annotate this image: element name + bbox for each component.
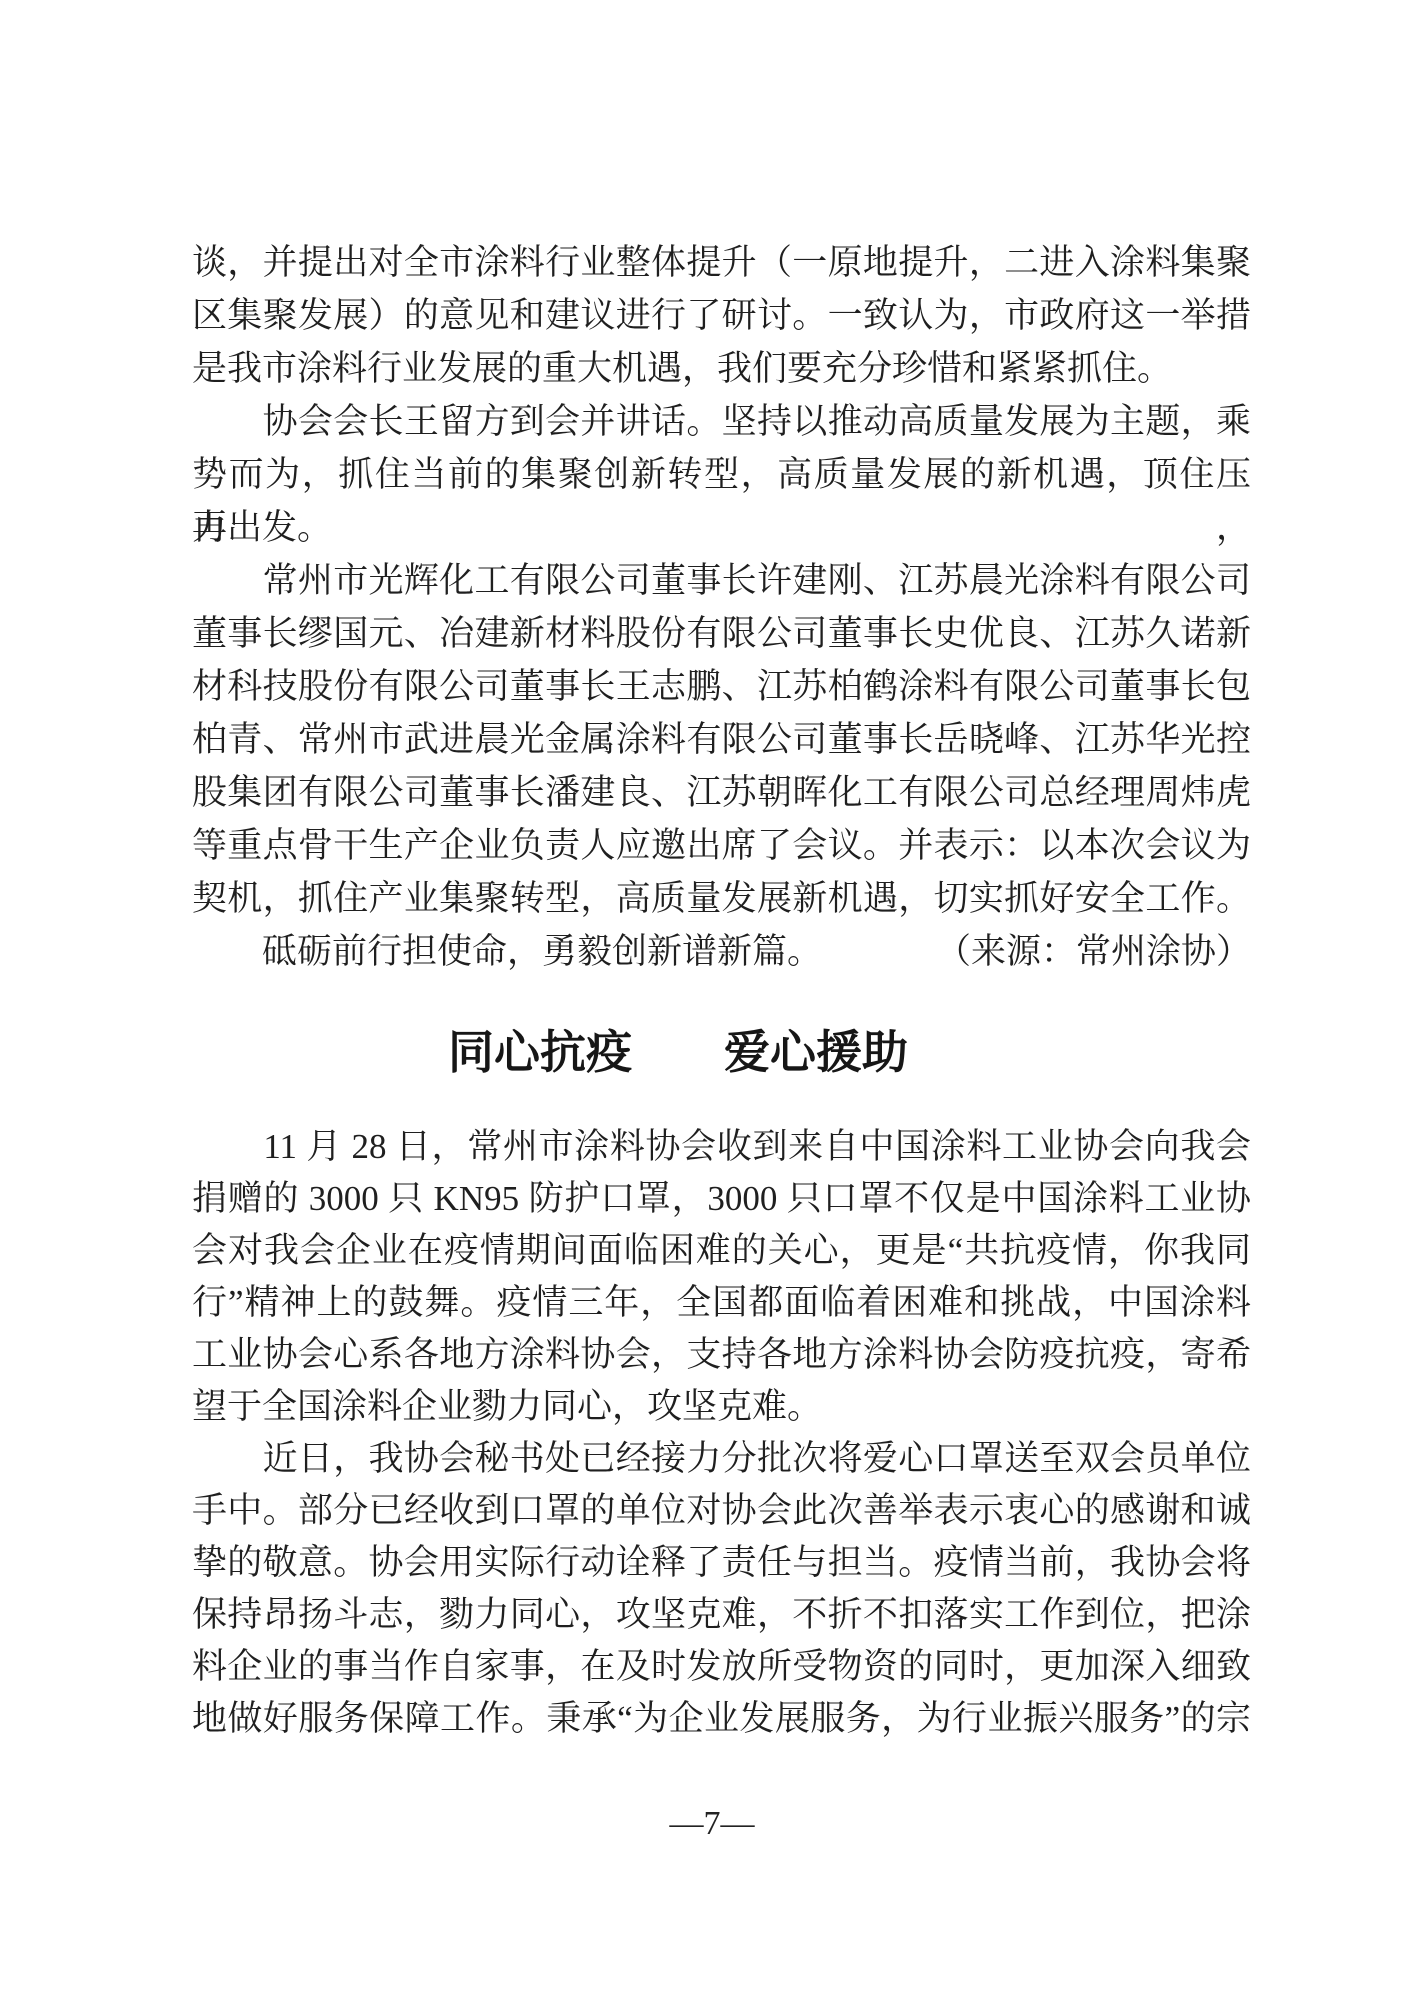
closing-text: 砥砺前行担使命，勇毅创新谱新篇。 xyxy=(192,925,822,978)
text-line: 行”精神上的鼓舞。疫情三年，全国都面临着困难和挑战，中国涂料 xyxy=(192,1277,1251,1329)
text-line: 等重点骨干生产企业负责人应邀出席了会议。并表示：以本次会议为 xyxy=(192,819,1251,872)
text-line: 手中。部分已经收到口罩的单位对协会此次善举表示衷心的感谢和诚 xyxy=(192,1485,1251,1537)
meeting-report-paragraphs: 谈，并提出对全市涂料行业整体提升（一原地提升，二进入涂料集聚区集聚发展）的意见和… xyxy=(192,236,1251,925)
text-line: 董事长缪国元、冶建新材料股份有限公司董事长史优良、江苏久诺新 xyxy=(192,607,1251,660)
document-page: 谈，并提出对全市涂料行业整体提升（一原地提升，二进入涂料集聚区集聚发展）的意见和… xyxy=(0,0,1415,2000)
text-line: 柏青、常州市武进晨光金属涂料有限公司董事长岳晓峰、江苏华光控 xyxy=(192,713,1251,766)
source-attribution: （来源：常州涂协） xyxy=(936,925,1251,978)
article-meeting-report: 谈，并提出对全市涂料行业整体提升（一原地提升，二进入涂料集聚区集聚发展）的意见和… xyxy=(192,236,1251,978)
text-line: 捐赠的 3000 只 KN95 防护口罩，3000 只口罩不仅是中国涂料工业协 xyxy=(192,1173,1251,1225)
text-line: 望于全国涂料企业勠力同心，攻坚克难。 xyxy=(192,1381,1251,1433)
text-line: 挚的敬意。协会用实际行动诠释了责任与担当。疫情当前，我协会将 xyxy=(192,1537,1251,1589)
text-line: 近日，我协会秘书处已经接力分批次将爱心口罩送至双会员单位 xyxy=(192,1433,1251,1485)
text-line: 协会会长王留方到会并讲话。坚持以推动高质量发展为主题，乘 xyxy=(192,395,1251,448)
text-line: 谈，并提出对全市涂料行业整体提升（一原地提升，二进入涂料集聚 xyxy=(192,236,1251,289)
text-line: 工业协会心系各地方涂料协会，支持各地方涂料协会防疫抗疫，寄希 xyxy=(192,1329,1251,1381)
article-donation: 11 月 28 日，常州市涂料协会收到来自中国涂料工业协会向我会捐赠的 3000… xyxy=(192,1121,1251,1745)
text-line: 势而为，抓住当前的集聚创新转型，高质量发展的新机遇，顶住压力， xyxy=(192,448,1251,501)
text-line: 是我市涂料行业发展的重大机遇，我们要充分珍惜和紧紧抓住。 xyxy=(192,342,1251,395)
text-line: 会对我会企业在疫情期间面临困难的关心，更是“共抗疫情，你我同 xyxy=(192,1225,1251,1277)
article-title: 同心抗疫 爱心援助 xyxy=(0,1022,1356,1084)
text-line: 保持昂扬斗志，勠力同心，攻坚克难，不折不扣落实工作到位，把涂 xyxy=(192,1589,1251,1641)
closing-line: 砥砺前行担使命，勇毅创新谱新篇。 （来源：常州涂协） xyxy=(192,925,1251,978)
text-line: 11 月 28 日，常州市涂料协会收到来自中国涂料工业协会向我会 xyxy=(192,1121,1251,1173)
text-line: 地做好服务保障工作。秉承“为企业发展服务，为行业振兴服务”的宗 xyxy=(192,1693,1251,1745)
text-line: 常州市光辉化工有限公司董事长许建刚、江苏晨光涂料有限公司 xyxy=(192,554,1251,607)
text-line: 料企业的事当作自家事，在及时发放所受物资的同时，更加深入细致 xyxy=(192,1641,1251,1693)
donation-paragraphs: 11 月 28 日，常州市涂料协会收到来自中国涂料工业协会向我会捐赠的 3000… xyxy=(192,1121,1251,1745)
text-line: 股集团有限公司董事长潘建良、江苏朝晖化工有限公司总经理周炜虎 xyxy=(192,766,1251,819)
text-line: 区集聚发展）的意见和建议进行了研讨。一致认为，市政府这一举措 xyxy=(192,289,1251,342)
text-line: 材科技股份有限公司董事长王志鹏、江苏柏鹤涂料有限公司董事长包 xyxy=(192,660,1251,713)
page-number: —7— xyxy=(0,1802,1415,1846)
text-line: 契机，抓住产业集聚转型，高质量发展新机遇，切实抓好安全工作。 xyxy=(192,872,1251,925)
